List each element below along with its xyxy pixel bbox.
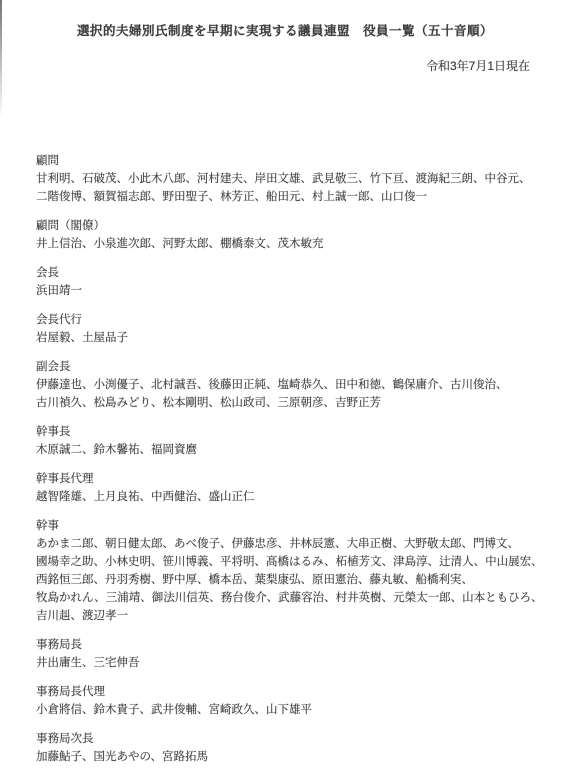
member-names-line: 加藤鮎子、国光あやの、宮路拓馬 <box>36 748 550 766</box>
sections: 顧問甘利明、石破茂、小此木八郎、河村建夫、岸田文雄、武見敬三、竹下亘、渡海紀三朗… <box>0 152 570 766</box>
section: 事務局長代理小倉將信、鈴木貴子、武井俊輔、宮崎政久、山下雄平 <box>36 683 550 719</box>
document-date: 令和3年7月1日現在 <box>0 58 570 74</box>
section-title: 事務局長 <box>36 636 550 654</box>
member-names-line: 伊藤達也、小渕優子、北村誠吾、後藤田正純、塩崎恭久、田中和徳、鶴保庸介、古川俊治… <box>36 376 550 394</box>
section-title: 副会長 <box>36 358 550 376</box>
member-names-line: 小倉將信、鈴木貴子、武井俊輔、宮崎政久、山下雄平 <box>36 701 550 719</box>
member-names-line: 浜田靖一 <box>36 282 550 300</box>
section: 副会長伊藤達也、小渕優子、北村誠吾、後藤田正純、塩崎恭久、田中和徳、鶴保庸介、古… <box>36 358 550 412</box>
member-names-line: 井出庸生、三宅伸吾 <box>36 654 550 672</box>
section: 顧問（閣僚）井上信治、小泉進次郎、河野太郎、棚橋泰文、茂木敏充 <box>36 217 550 253</box>
member-names-line: 西銘恒三郎、丹羽秀樹、野中厚、橋本岳、葉梨康弘、原田憲治、藤丸敏、船橋利実、 <box>36 571 550 589</box>
section-title: 幹事長代理 <box>36 470 550 488</box>
section-title: 会長 <box>36 264 550 282</box>
section-title: 顧問 <box>36 152 550 170</box>
section: 事務局長井出庸生、三宅伸吾 <box>36 636 550 672</box>
member-names-line: 牧島かれん、三浦靖、御法川信英、務台俊介、武藤容治、村井英樹、元榮太一郎、山本と… <box>36 589 550 607</box>
section-title: 事務局長代理 <box>36 683 550 701</box>
section: 幹事長木原誠二、鈴木馨祐、福岡資麿 <box>36 423 550 459</box>
section: 幹事長代理越智隆雄、上月良祐、中西健治、盛山正仁 <box>36 470 550 506</box>
section: 事務局次長加藤鮎子、国光あやの、宮路拓馬 <box>36 730 550 766</box>
scanned-document-page: 選択的夫婦別氏制度を早期に実現する議員連盟 役員一覧（五十音順） 令和3年7月1… <box>0 0 570 775</box>
member-names-line: 二階俊博、額賀福志郎、野田聖子、林芳正、船田元、村上誠一郎、山口俊一 <box>36 188 550 206</box>
section-title: 幹事 <box>36 517 550 535</box>
member-names-line: 吉川赳、渡辺孝一 <box>36 607 550 625</box>
member-names-line: 甘利明、石破茂、小此木八郎、河村建夫、岸田文雄、武見敬三、竹下亘、渡海紀三朗、中… <box>36 170 550 188</box>
section-title: 事務局次長 <box>36 730 550 748</box>
section: 会長浜田靖一 <box>36 264 550 300</box>
section-title: 顧問（閣僚） <box>36 217 550 235</box>
section-title: 会長代行 <box>36 311 550 329</box>
section: 会長代行岩屋毅、土屋品子 <box>36 311 550 347</box>
section: 顧問甘利明、石破茂、小此木八郎、河村建夫、岸田文雄、武見敬三、竹下亘、渡海紀三朗… <box>36 152 550 206</box>
member-names-line: 井上信治、小泉進次郎、河野太郎、棚橋泰文、茂木敏充 <box>36 235 550 253</box>
section: 幹事あかま二郎、朝日健太郎、あべ俊子、伊藤忠彦、井林辰憲、大串正樹、大野敬太郎、… <box>36 517 550 625</box>
member-names-line: 岩屋毅、土屋品子 <box>36 329 550 347</box>
document-title: 選択的夫婦別氏制度を早期に実現する議員連盟 役員一覧（五十音順） <box>0 0 570 39</box>
member-names-line: あかま二郎、朝日健太郎、あべ俊子、伊藤忠彦、井林辰憲、大串正樹、大野敬太郎、門博… <box>36 535 550 553</box>
scan-artifact-left-edge <box>0 0 2 118</box>
member-names-line: 國場幸之助、小林史明、笹川博義、平将明、髙橋はるみ、柘植芳文、津島淳、辻清人、中… <box>36 553 550 571</box>
member-names-line: 木原誠二、鈴木馨祐、福岡資麿 <box>36 441 550 459</box>
section-title: 幹事長 <box>36 423 550 441</box>
member-names-line: 越智隆雄、上月良祐、中西健治、盛山正仁 <box>36 488 550 506</box>
member-names-line: 古川禎久、松島みどり、松本剛明、松山政司、三原朝彦、吉野正芳 <box>36 394 550 412</box>
